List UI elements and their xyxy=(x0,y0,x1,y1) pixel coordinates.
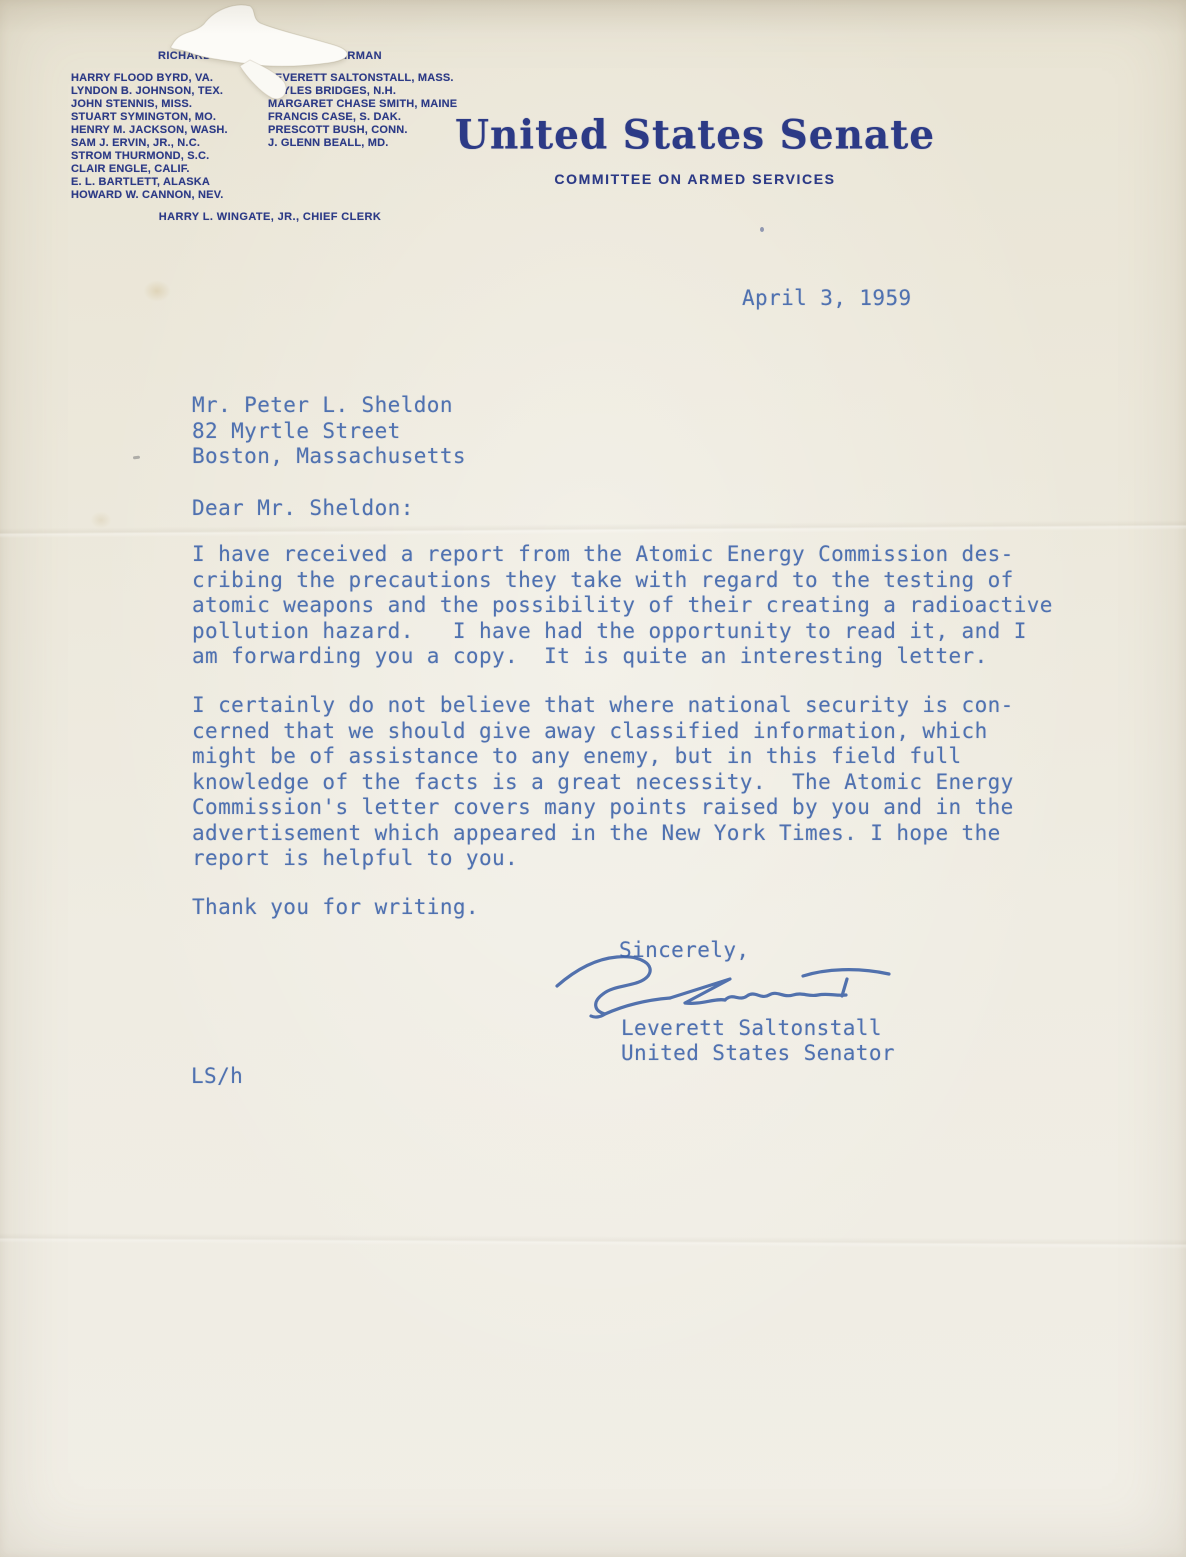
letterhead-committee: COMMITTEE ON ARMED SERVICES xyxy=(450,171,940,187)
senator-name: SAM J. ERVIN, JR., N.C. xyxy=(71,137,228,150)
senator-name: HOWARD W. CANNON, NEV. xyxy=(71,189,228,202)
letterhead-title: United States Senate xyxy=(450,111,940,159)
senator-name: PRESCOTT BUSH, CONN. xyxy=(268,124,457,137)
scanned-letter-page: RICHARD B. RUSSELL, GA., CHAIRMAN HARRY … xyxy=(0,0,1186,1557)
senator-name: E. L. BARTLETT, ALASKA xyxy=(71,176,228,189)
signature-name: Leverett Saltonstall xyxy=(621,1016,882,1042)
paper-crease xyxy=(0,1233,1186,1249)
ink-speck xyxy=(760,227,764,232)
letter-date: April 3, 1959 xyxy=(742,286,912,312)
scan-edge-shadow xyxy=(0,0,1186,34)
paper-crease xyxy=(0,520,1186,538)
paper-stain xyxy=(138,276,176,306)
body-paragraph-2: I certainly do not believe that where na… xyxy=(192,693,1014,872)
senator-name: CLAIR ENGLE, CALIF. xyxy=(71,163,228,176)
paper-fleck xyxy=(133,456,140,460)
salutation: Dear Mr. Sheldon: xyxy=(192,496,414,522)
senator-name: J. GLENN BEALL, MD. xyxy=(268,137,457,150)
signature-title: United States Senator xyxy=(621,1041,895,1067)
signature xyxy=(555,948,895,1023)
senator-name: HENRY M. JACKSON, WASH. xyxy=(71,124,228,137)
body-paragraph-3: Thank you for writing. xyxy=(192,895,479,921)
reference-initials: LS/h xyxy=(191,1064,243,1090)
senator-name: STROM THURMOND, S.C. xyxy=(71,150,228,163)
letterhead-clerk: HARRY L. WINGATE, JR., CHIEF CLERK xyxy=(60,211,480,223)
recipient-address: Mr. Peter L. Sheldon 82 Myrtle Street Bo… xyxy=(192,393,466,470)
body-paragraph-1: I have received a report from the Atomic… xyxy=(192,542,1053,670)
